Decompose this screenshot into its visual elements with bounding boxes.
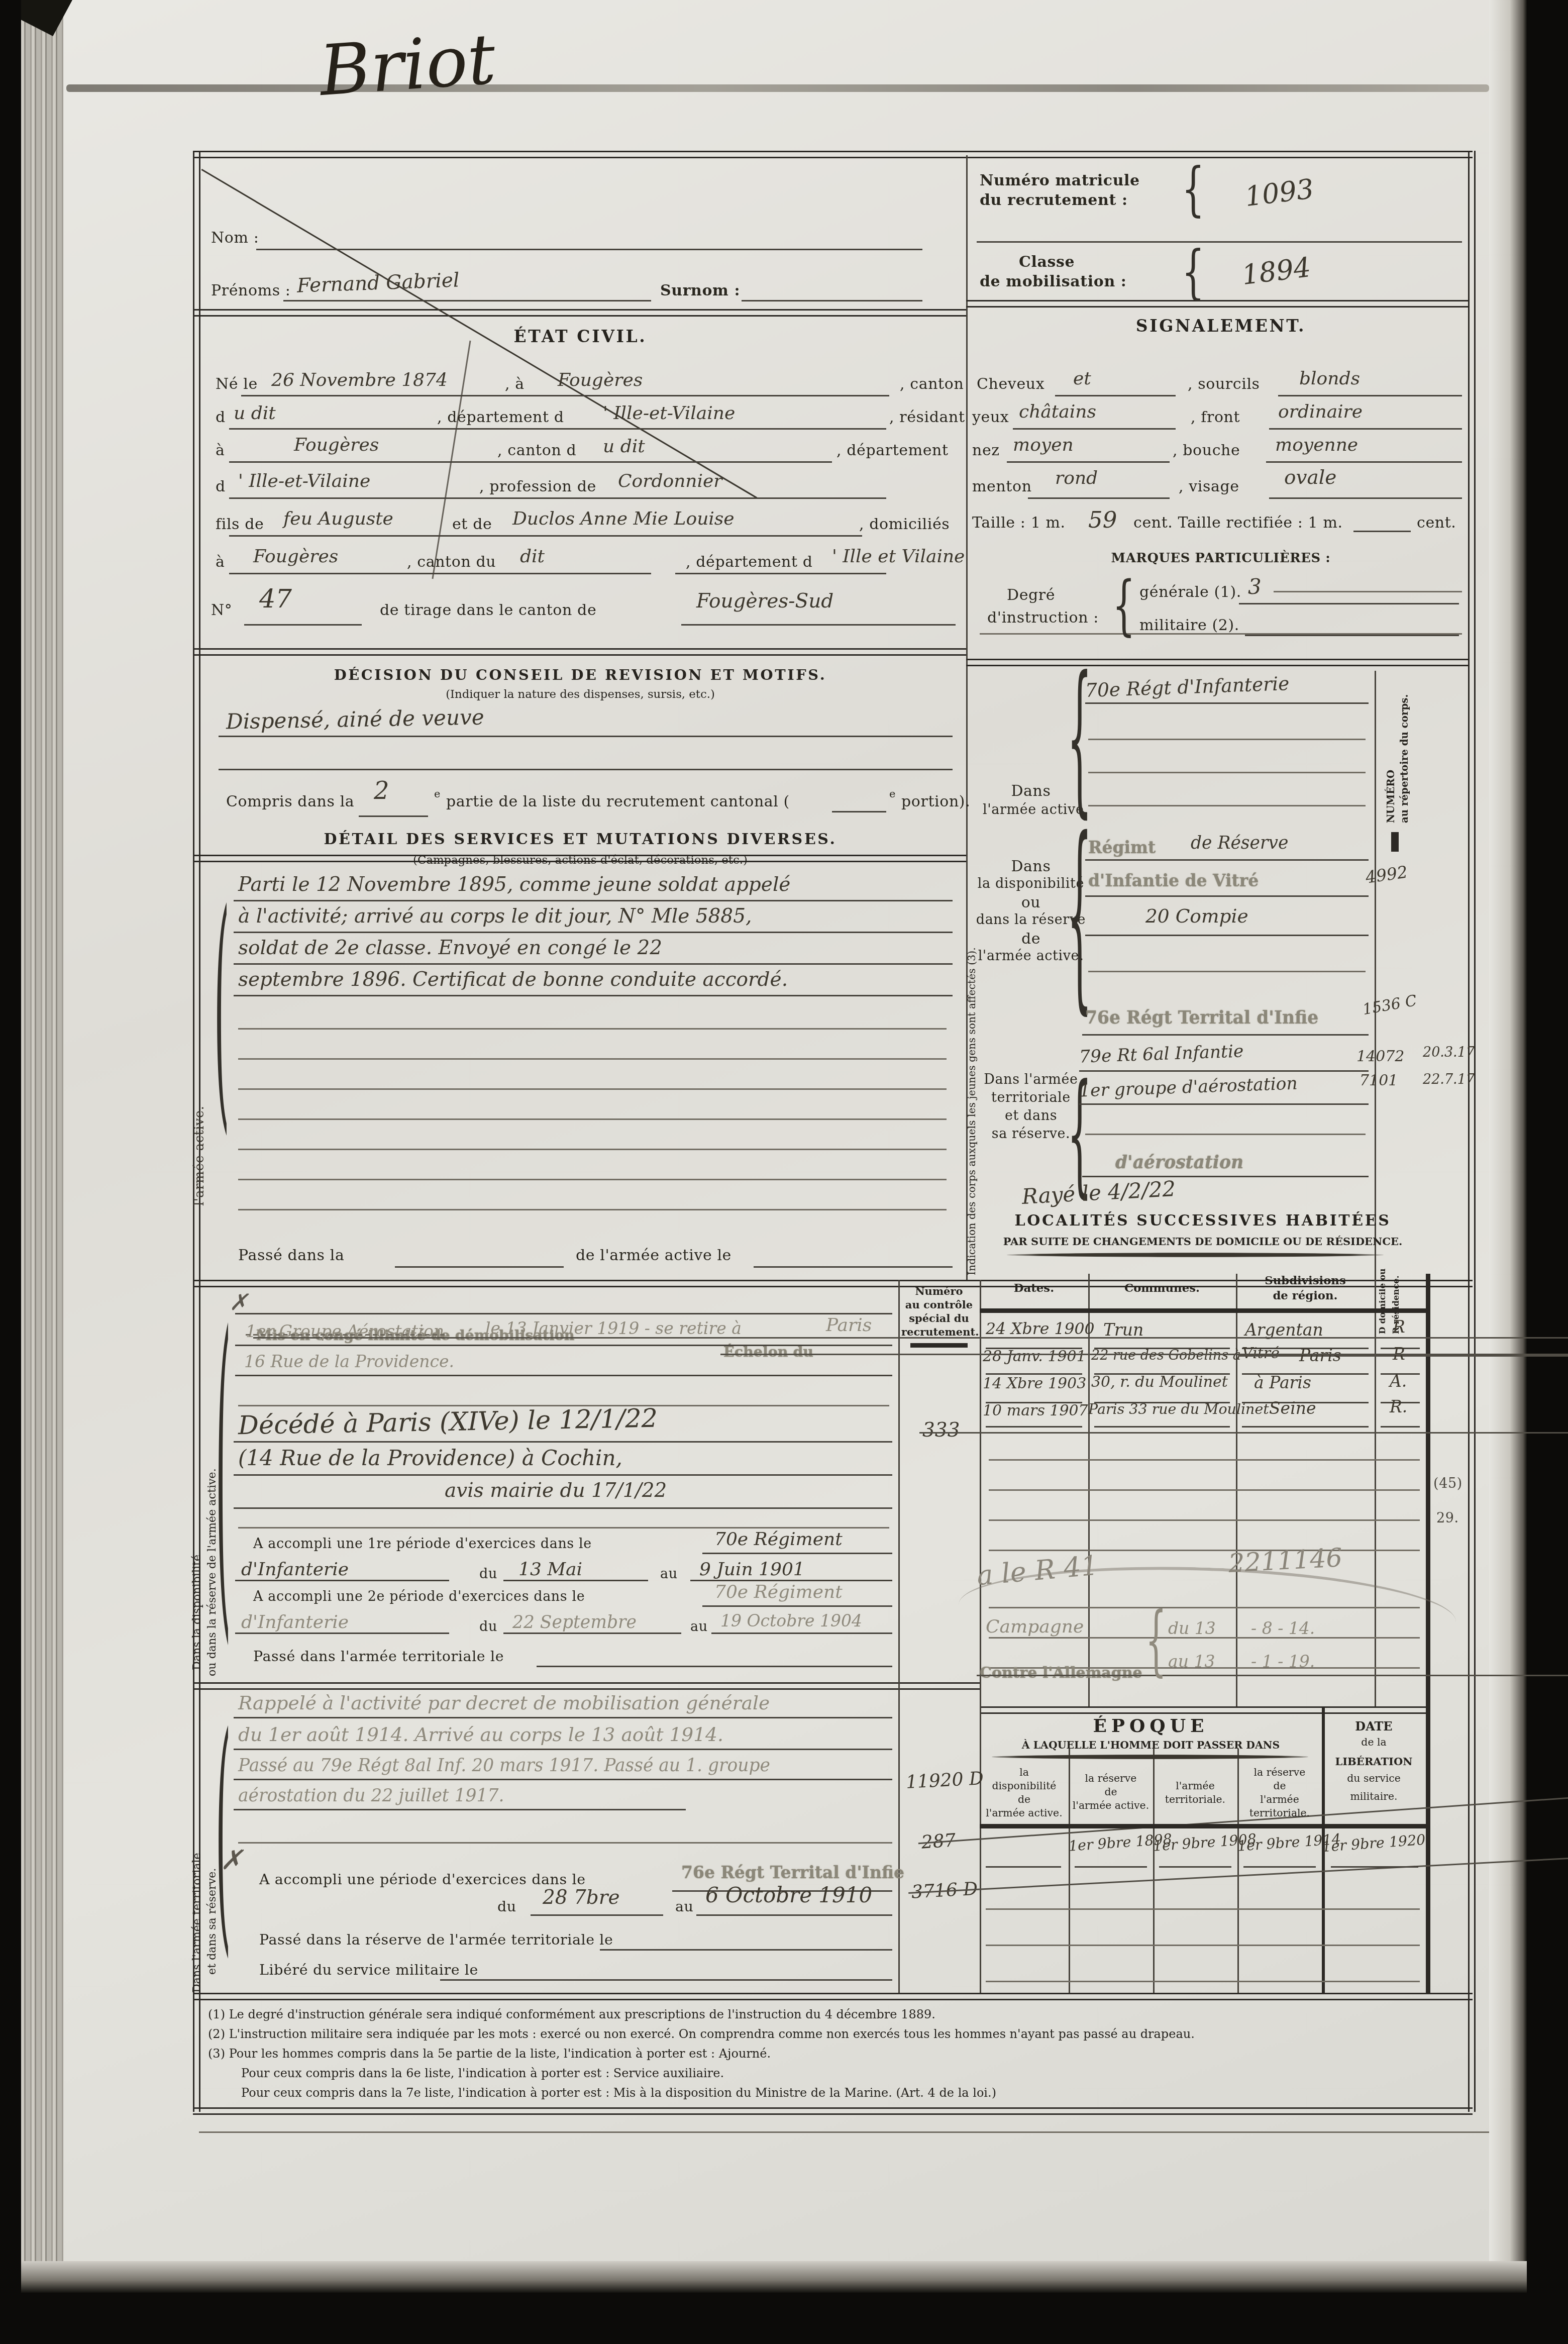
label: du bbox=[497, 1899, 516, 1916]
ruled-line bbox=[702, 1553, 892, 1554]
epoque-col-header: l'armée active. bbox=[1066, 1800, 1156, 1812]
detail-subtitle: (Campagnes, blessures, actions d'éclat, … bbox=[226, 853, 934, 867]
handwriting: 47 bbox=[259, 585, 292, 615]
epoque-col-header: de bbox=[1069, 1786, 1153, 1798]
label: cent. bbox=[1417, 516, 1456, 532]
decision-handwriting: Dispensé, ainé de veuve bbox=[226, 706, 484, 735]
territorial-regiment-stamp: 76e Régt Territal d'Infie bbox=[1085, 1007, 1318, 1028]
date-liberation-header: de la bbox=[1322, 1737, 1426, 1749]
label: Libéré du service militaire le bbox=[259, 1963, 478, 1979]
label: Dans bbox=[992, 859, 1070, 876]
label: au bbox=[675, 1899, 694, 1916]
ruled-line bbox=[234, 995, 953, 996]
footnote-2: (2) L'instruction militaire sera indiqué… bbox=[208, 2027, 1195, 2041]
label: et de bbox=[452, 517, 492, 534]
ruled-line bbox=[229, 428, 886, 430]
ruled-line bbox=[1013, 428, 1176, 430]
ruled-line bbox=[1085, 702, 1369, 704]
label: à bbox=[216, 555, 225, 571]
label: , canton bbox=[900, 377, 964, 393]
ruled-line bbox=[234, 1474, 892, 1476]
margin-date: 22.7.17 bbox=[1423, 1073, 1475, 1088]
divider bbox=[193, 648, 966, 655]
handwriting: Fougères bbox=[294, 434, 379, 455]
divider bbox=[966, 659, 1470, 666]
ruled-line bbox=[238, 1058, 947, 1060]
label: , bouche bbox=[1173, 443, 1240, 460]
handwriting: 2 bbox=[374, 776, 389, 805]
ruled-line bbox=[600, 1949, 892, 1951]
x-mark: ✗ bbox=[229, 1289, 248, 1316]
ruled-line bbox=[503, 1633, 681, 1634]
controle-header: Numéro bbox=[901, 1284, 977, 1298]
cell-date: 14 Xbre 1903 bbox=[983, 1376, 1086, 1393]
printed-bar bbox=[1391, 832, 1399, 852]
cell-dr: A. bbox=[1390, 1372, 1407, 1391]
ruled-line bbox=[229, 573, 651, 574]
ruled-line bbox=[989, 1459, 1420, 1461]
ruled-line bbox=[238, 1179, 947, 1180]
label: portion). bbox=[901, 794, 970, 811]
ruled-line bbox=[531, 1914, 663, 1916]
ruled-line bbox=[681, 624, 956, 626]
label: menton bbox=[972, 479, 1032, 496]
label: nez bbox=[972, 443, 1000, 460]
service-line: à l'activité; arrivé au corps le dit jou… bbox=[238, 906, 752, 929]
ruled-line bbox=[986, 1981, 1420, 1982]
col-header-subdivisions-2: de région. bbox=[1236, 1289, 1375, 1302]
handwriting: Cordonnier bbox=[618, 470, 722, 491]
service-line: soldat de 2e classe. Envoyé en congé le … bbox=[238, 938, 662, 960]
campagne-date: - 1 - 19. bbox=[1251, 1652, 1315, 1672]
label: , visage bbox=[1179, 479, 1239, 496]
ruled-line bbox=[1269, 428, 1462, 430]
aerostation-stamp: d'aérostation bbox=[1115, 1152, 1243, 1173]
handwriting: 9 Juin 1901 bbox=[699, 1559, 805, 1580]
ruled-line bbox=[238, 1209, 947, 1210]
ruled-line bbox=[989, 1489, 1420, 1491]
handwriting: d'Infanterie bbox=[241, 1559, 349, 1580]
ruled-line bbox=[1353, 531, 1411, 532]
col-header-subdivisions-1: Subdivisions bbox=[1236, 1274, 1375, 1287]
ruled-line bbox=[234, 1441, 892, 1443]
dispo-vertical-label-1: Dans la disponibilité bbox=[190, 1299, 203, 1670]
ruled-line bbox=[1088, 805, 1366, 806]
ruled-line bbox=[1085, 935, 1369, 936]
footnote-3: (3) Pour les hommes compris dans la 5e p… bbox=[208, 2047, 771, 2061]
ruled-line bbox=[229, 461, 832, 463]
label: Degré bbox=[1007, 588, 1055, 604]
form-border-bottom bbox=[193, 2107, 1473, 2114]
controle-number-struck: 333 bbox=[922, 1420, 1568, 1443]
ruled-line bbox=[1278, 395, 1462, 396]
handwriting: rond bbox=[1055, 467, 1098, 488]
label: yeux bbox=[972, 410, 1009, 427]
deces-line-3: avis mairie du 17/1/22 bbox=[445, 1480, 667, 1503]
epoque-col-header: l'armée bbox=[1237, 1794, 1322, 1806]
handwriting: moyenne bbox=[1275, 434, 1358, 455]
handwriting: de Réserve bbox=[1191, 832, 1288, 853]
ruled-line bbox=[234, 1749, 892, 1750]
date-liberation-header: du service bbox=[1322, 1773, 1426, 1785]
service-line: Parti le 12 Novembre 1895, comme jeune s… bbox=[238, 874, 790, 897]
handwriting: 13 Mai bbox=[518, 1559, 582, 1580]
handwriting: feu Auguste bbox=[283, 508, 393, 529]
label: , profession de bbox=[479, 479, 596, 496]
label: , front bbox=[1191, 410, 1240, 427]
label: d bbox=[216, 410, 226, 427]
epoque-col-header: la réserve bbox=[1069, 1773, 1153, 1785]
label: , département d bbox=[437, 410, 564, 427]
label: à bbox=[216, 443, 225, 460]
ruled-line bbox=[235, 1633, 449, 1634]
reserve-regiment-stamp-2: d'Infantie de Vitré bbox=[1088, 871, 1259, 891]
ruled-line bbox=[229, 535, 862, 537]
epoque-col-header: territoriale. bbox=[1150, 1794, 1240, 1806]
ruled-line bbox=[235, 1375, 892, 1376]
territorial-stamp: 76e Régt Territal d'Infie bbox=[681, 1863, 904, 1883]
form-border-top bbox=[193, 151, 1473, 158]
ruled-line bbox=[1055, 395, 1176, 396]
brace: ( bbox=[214, 871, 229, 1165]
label: au bbox=[690, 1620, 708, 1636]
label: ou bbox=[992, 895, 1070, 912]
footnote-1: (1) Le degré d'instruction générale sera… bbox=[208, 2008, 935, 2021]
register-sheet: Briot Nom : Prénoms : Fernand Gabriel Su… bbox=[0, 0, 1568, 2344]
handwriting: ovale bbox=[1284, 467, 1336, 490]
ruled-line bbox=[283, 300, 651, 301]
ruled-line bbox=[832, 811, 886, 812]
label: militaire (2). bbox=[1139, 618, 1239, 635]
corps-indication-vertical-label: Indication des corps auxquels les jeunes… bbox=[966, 696, 978, 1275]
handwriting-faint: Paris bbox=[826, 1314, 872, 1336]
handwriting: Fougères bbox=[253, 546, 338, 567]
ruled-line bbox=[754, 1266, 953, 1268]
form-border-right bbox=[1468, 151, 1476, 2112]
label: de bbox=[992, 932, 1070, 948]
handwriting: Duclos Anne Mie Louise bbox=[512, 508, 735, 529]
handwriting: ' Ille-et-Vilaine bbox=[603, 402, 735, 424]
reserve-regiment-stamp-1: Régimt bbox=[1088, 838, 1156, 858]
rule bbox=[910, 1343, 968, 1347]
ruled-line bbox=[1266, 461, 1462, 463]
label: A accompli une période d'exercices dans … bbox=[259, 1872, 586, 1889]
label: de l'armée active le bbox=[576, 1248, 731, 1265]
ruled-line bbox=[1088, 772, 1366, 773]
ruled-line bbox=[1028, 497, 1170, 499]
ruled-line bbox=[219, 769, 953, 770]
ruled-line bbox=[711, 1633, 892, 1634]
ruled-line bbox=[1082, 1034, 1369, 1036]
ruled-line bbox=[1088, 971, 1366, 972]
classe-label-2: de mobilisation : bbox=[980, 274, 1127, 291]
ruled-line bbox=[1088, 739, 1366, 740]
ruled-line bbox=[234, 1779, 892, 1780]
ruled-line bbox=[238, 1149, 947, 1150]
label: , département bbox=[837, 443, 949, 460]
ruled-line bbox=[1331, 1866, 1418, 1868]
top-ink-smudge bbox=[66, 84, 1489, 92]
label: au bbox=[660, 1568, 678, 1583]
ruled-line bbox=[234, 1717, 892, 1718]
table-header-rule bbox=[980, 1824, 1426, 1828]
handwriting: 3 bbox=[1248, 576, 1262, 600]
epoque-col-header: la bbox=[980, 1767, 1069, 1779]
label: d'instruction : bbox=[987, 610, 1099, 627]
localites-title: LOCALITÉS SUCCESSIVES HABITÉES bbox=[980, 1213, 1426, 1230]
ruled-line bbox=[234, 963, 953, 965]
ruled-line bbox=[986, 1945, 1420, 1946]
divider bbox=[193, 309, 966, 316]
controle-header: au contrôle bbox=[901, 1298, 977, 1311]
campagne-handwriting: Campagne bbox=[986, 1616, 1084, 1637]
ruled-line bbox=[238, 1088, 947, 1090]
handwriting: dit bbox=[520, 546, 545, 567]
ruled-line bbox=[234, 900, 953, 901]
ruled-line bbox=[235, 1580, 449, 1581]
repertoire-number: 7101 bbox=[1360, 1073, 1398, 1090]
handwriting-faint: 1er Groupe Aérostation bbox=[246, 1322, 444, 1342]
ruled-line bbox=[219, 736, 953, 737]
epoque-col-header: l'armée bbox=[1153, 1780, 1237, 1792]
prenoms-label: Prénoms : bbox=[211, 283, 291, 300]
ruled-line bbox=[1007, 461, 1170, 463]
divider bbox=[193, 1993, 1473, 2000]
label: Passé dans la bbox=[238, 1248, 344, 1265]
label: , canton du bbox=[407, 555, 496, 571]
brace: { bbox=[1182, 239, 1205, 307]
ruled-line bbox=[986, 1373, 1082, 1375]
superscript: e bbox=[434, 788, 441, 800]
ruled-line bbox=[395, 1266, 564, 1268]
page-edge-line bbox=[199, 2131, 1489, 2133]
nom-label: Nom : bbox=[211, 231, 259, 247]
marques-label: MARQUES PARTICULIÈRES : bbox=[1055, 552, 1387, 567]
pencil-annotation: 2211146 bbox=[1228, 1544, 1343, 1580]
label: générale (1). bbox=[1139, 585, 1241, 601]
margin-note: 29. bbox=[1436, 1512, 1459, 1527]
control-col-left bbox=[898, 1280, 900, 1993]
ruled-line bbox=[235, 1345, 892, 1346]
page-right-edge bbox=[1489, 0, 1527, 2293]
ruled-line bbox=[989, 1550, 1420, 1551]
handwriting: 70e Régiment bbox=[714, 1528, 843, 1550]
label: fils de bbox=[216, 517, 264, 534]
decision-title: DÉCISION DU CONSEIL DE REVISION ET MOTIF… bbox=[226, 668, 934, 684]
ruled-line bbox=[440, 1979, 892, 1981]
ruled-line bbox=[1075, 1866, 1147, 1868]
col-header-domicile: D domicile ou bbox=[1379, 1274, 1388, 1334]
label: Passé dans la réserve de l'armée territo… bbox=[259, 1932, 613, 1949]
controle-header: spécial du bbox=[901, 1311, 977, 1325]
label: Passé dans l'armée territoriale le bbox=[253, 1649, 504, 1666]
brace: ( bbox=[216, 1278, 231, 1685]
cell-date: 10 mars 1907 bbox=[983, 1403, 1088, 1420]
date-liberation-header: LIBÉRATION bbox=[1322, 1755, 1426, 1768]
date-liberation-header: militaire. bbox=[1322, 1791, 1426, 1803]
epoque-subtitle: À LAQUELLE L'HOMME DOIT PASSER DANS bbox=[980, 1740, 1322, 1752]
ruled-line bbox=[1159, 1866, 1231, 1868]
campagne-date: du 13 bbox=[1168, 1619, 1216, 1639]
handwriting: 22 Septembre bbox=[512, 1611, 637, 1633]
ruled-line bbox=[1274, 591, 1462, 592]
handwriting: u dit bbox=[603, 436, 645, 457]
label: , domiciliés bbox=[859, 517, 950, 534]
ruled-line bbox=[234, 1809, 686, 1810]
armee-active-vertical-label: l'armée active. bbox=[193, 904, 208, 1206]
campagne-date: au 13 bbox=[1168, 1652, 1215, 1672]
footnote-5: Pour ceux compris dans la 7e liste, l'in… bbox=[241, 2086, 996, 2100]
handwriting: châtains bbox=[1019, 401, 1096, 422]
ruled-line bbox=[1079, 1070, 1369, 1072]
brace: { bbox=[1182, 156, 1205, 224]
footnote-4: Pour ceux compris dans la 6e liste, l'in… bbox=[241, 2067, 724, 2080]
handwriting: ' Ille et Vilaine bbox=[832, 546, 965, 567]
ruled-line bbox=[238, 1842, 892, 1844]
label: , à bbox=[505, 377, 525, 393]
label: A accompli une 2e période d'exercices da… bbox=[253, 1590, 585, 1605]
ruled-line bbox=[696, 1914, 892, 1916]
label: , sourcils bbox=[1188, 377, 1260, 393]
handwriting: ordinaire bbox=[1278, 401, 1363, 422]
label: de tirage dans le canton de bbox=[380, 603, 596, 620]
ruled-line bbox=[1245, 635, 1459, 636]
label: Dans bbox=[992, 784, 1070, 800]
ruled-line bbox=[1082, 1176, 1369, 1177]
ruled-line bbox=[977, 241, 1462, 243]
margin-note: (45) bbox=[1433, 1477, 1462, 1492]
handwriting: Fougères-Sud bbox=[696, 591, 833, 614]
campagne-date: - 8 - 14. bbox=[1251, 1619, 1315, 1639]
ruled-line bbox=[1079, 1103, 1369, 1105]
matricule-label-1: Numéro matricule bbox=[980, 173, 1140, 190]
brace: { bbox=[1145, 1600, 1167, 1687]
handwriting: d'Infanterie bbox=[241, 1611, 349, 1633]
divider bbox=[193, 1682, 980, 1689]
ruled-line bbox=[986, 1866, 1061, 1868]
label: , département d bbox=[686, 555, 813, 571]
superscript: e bbox=[889, 788, 896, 800]
epoque-col-header: l'armée active. bbox=[977, 1807, 1072, 1819]
label: l'armée active. bbox=[983, 803, 1079, 819]
handwriting: u dit bbox=[234, 402, 276, 424]
localites-subtitle: PAR SUITE DE CHANGEMENTS DE DOMICILE OU … bbox=[980, 1235, 1426, 1248]
label: du bbox=[479, 1568, 497, 1583]
epoque-col-header: de bbox=[1237, 1780, 1322, 1792]
surname-script: Briot bbox=[317, 18, 498, 112]
epoque-col-header: la réserve bbox=[1237, 1767, 1322, 1779]
ruled-line bbox=[1239, 603, 1459, 604]
ruled-line bbox=[1243, 1866, 1316, 1868]
epoque-col-header: territoriale. bbox=[1234, 1807, 1325, 1819]
epoque-title: ÉPOQUE bbox=[980, 1715, 1322, 1737]
ruled-line bbox=[234, 932, 953, 933]
ruled-line bbox=[1085, 895, 1369, 897]
handwriting: 28 7bre bbox=[543, 1887, 620, 1910]
handwriting: 20 Compie bbox=[1145, 904, 1248, 927]
controle-header: recrutement. bbox=[901, 1325, 977, 1339]
etat-civil-title: ÉTAT CIVIL. bbox=[422, 327, 739, 347]
numero-repertoire-vertical-1: NUMÉRO bbox=[1385, 678, 1397, 823]
classe-label-1: Classe bbox=[1019, 255, 1075, 271]
label: Taille : 1 m. bbox=[972, 516, 1066, 532]
divider bbox=[966, 300, 1470, 307]
ruled-line bbox=[256, 249, 922, 250]
handwriting: 59 bbox=[1088, 506, 1117, 534]
matricule-label-2: du recrutement : bbox=[980, 193, 1128, 210]
surnom-label: Surnom : bbox=[660, 283, 740, 300]
ruled-line bbox=[702, 1605, 892, 1607]
col-header-communes: Communes. bbox=[1088, 1281, 1236, 1295]
ruled-line bbox=[244, 624, 362, 626]
col-header-dates: Dates. bbox=[980, 1281, 1088, 1295]
label: Cheveux bbox=[977, 377, 1044, 393]
controle-number: 11920 D bbox=[905, 1768, 984, 1793]
label: Compris dans la bbox=[226, 794, 354, 811]
handwriting: ' Ille-et-Vilaine bbox=[238, 470, 370, 491]
label: N° bbox=[211, 603, 232, 620]
ruled-line bbox=[241, 395, 889, 396]
terr-vertical-label-1: Dans l'armée territoriale bbox=[190, 1712, 203, 1993]
handwriting-faint: 16 Rue de la Providence. bbox=[244, 1352, 454, 1372]
decorative-rule bbox=[1007, 1253, 1384, 1257]
ruled-line bbox=[986, 1908, 1420, 1910]
repertoire-col-line bbox=[1375, 671, 1376, 1274]
echelon-stamp: Échelon du bbox=[723, 1345, 1568, 1361]
date-liberation-header: DATE bbox=[1322, 1718, 1426, 1734]
ruled-line bbox=[675, 573, 886, 574]
signalement-title: SIGNALEMENT. bbox=[1055, 317, 1387, 336]
handwriting: 6 Octobre 1910 bbox=[705, 1884, 872, 1908]
decorative-rule bbox=[992, 1755, 1308, 1759]
label: cent. Taille rectifiée : 1 m. bbox=[1133, 516, 1343, 532]
label: d bbox=[216, 479, 226, 496]
handwriting: 70e Régiment bbox=[714, 1581, 843, 1602]
cell-subdivision: Seine bbox=[1269, 1399, 1316, 1418]
label: A accompli une 1re période d'exercices d… bbox=[253, 1538, 592, 1553]
brace: { bbox=[1112, 568, 1135, 644]
ruled-line bbox=[1085, 859, 1369, 861]
handwriting: moyen bbox=[1013, 434, 1074, 455]
cell-subdivision: à Paris bbox=[1254, 1373, 1311, 1393]
rappel-line: aérostation du 22 juillet 1917. bbox=[238, 1785, 504, 1806]
ruled-line bbox=[989, 1519, 1420, 1521]
label: partie de la liste du recrutement canton… bbox=[446, 794, 790, 811]
ruled-line bbox=[238, 1028, 947, 1030]
repertoire-number: 14072 bbox=[1356, 1049, 1404, 1066]
label: du bbox=[479, 1620, 497, 1636]
deces-line-2: (14 Rue de la Providence) à Cochin, bbox=[238, 1447, 622, 1471]
handwriting: blonds bbox=[1299, 368, 1360, 389]
ruled-line bbox=[234, 1507, 892, 1509]
page-bottom-edge bbox=[21, 2261, 1527, 2293]
cell-commune: Paris 33 rue du Moulinet bbox=[1088, 1402, 1269, 1418]
margin-date: 20.3.17 bbox=[1423, 1046, 1475, 1061]
x-mark: ✗ bbox=[220, 1845, 243, 1877]
ruled-line bbox=[229, 497, 886, 499]
ruled-line bbox=[235, 1313, 892, 1314]
rappel-line: Passé au 79e Régt 8al Inf. 20 mars 1917.… bbox=[238, 1755, 770, 1776]
numero-repertoire-vertical-2: au répertoire du corps. bbox=[1399, 678, 1411, 823]
rappel-line: du 1er août 1914. Arrivé au corps le 13 … bbox=[238, 1723, 723, 1746]
epoque-col-header: disponibilité bbox=[977, 1780, 1072, 1792]
ruled-line bbox=[503, 1580, 648, 1581]
cell-commune: 30, r. du Moulinet bbox=[1091, 1375, 1228, 1391]
ruled-line bbox=[359, 816, 428, 817]
service-line: septembre 1896. Certificat de bonne cond… bbox=[238, 969, 788, 992]
ruled-line bbox=[238, 1118, 947, 1120]
handwriting: et bbox=[1073, 368, 1091, 389]
